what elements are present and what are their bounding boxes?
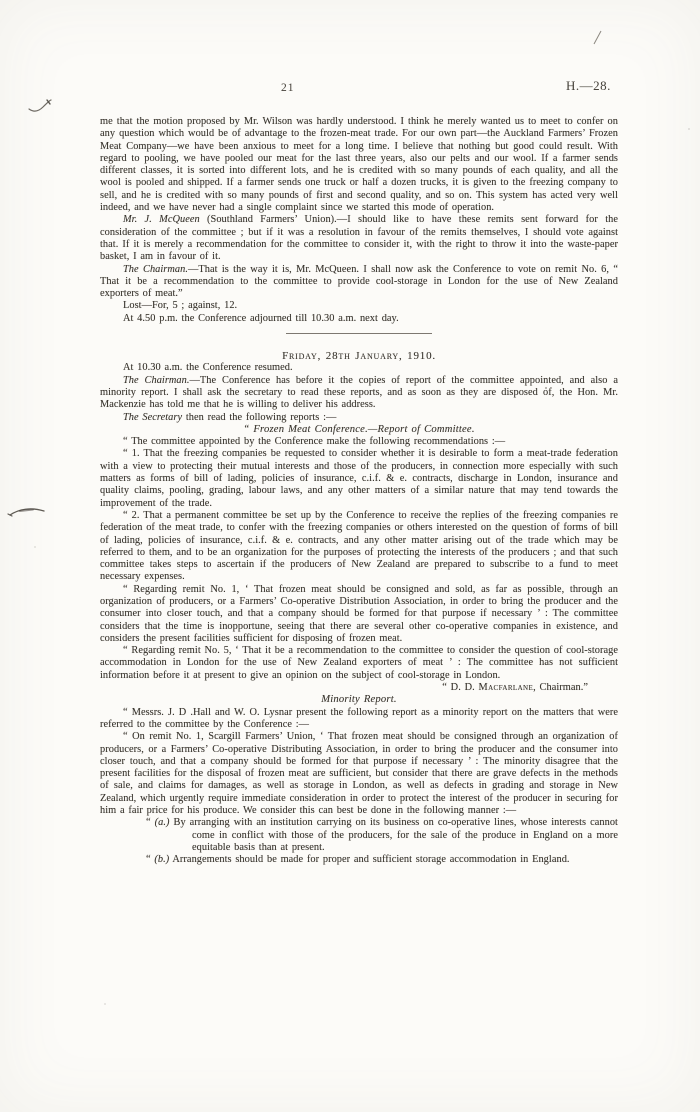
paragraph-text: At 10.30 a.m. the Conference resumed. xyxy=(123,362,293,373)
list-item-a: “ (a.) By arranging with an institution … xyxy=(100,817,618,854)
paragraph-text: me that the motion proposed by Mr. Wilso… xyxy=(100,116,618,213)
list-item-text: By arranging with an institution carryin… xyxy=(170,817,619,853)
paragraph: “ 1. That the freezing companies be requ… xyxy=(100,448,618,509)
paragraph: me that the motion proposed by Mr. Wilso… xyxy=(100,116,618,214)
slash-mark-icon xyxy=(591,30,603,46)
paragraph: At 10.30 a.m. the Conference resumed. xyxy=(100,362,618,374)
list-item-text: Arrangements should be made for proper a… xyxy=(169,854,569,865)
paper-speck xyxy=(688,128,690,130)
paragraph-text: “ Messrs. J. D .Hall and W. O. Lysnar pr… xyxy=(100,707,618,730)
adjournment-line: At 4.50 p.m. the Conference adjourned ti… xyxy=(100,313,618,325)
paper-speck xyxy=(104,1003,106,1005)
document-reference: H.—28. xyxy=(566,78,611,94)
speaker-name: The Secretary xyxy=(123,412,182,423)
paragraph-text: “ On remit No. 1, Scargill Farmers’ Unio… xyxy=(100,731,618,816)
pencil-dash-icon xyxy=(6,503,46,519)
paragraph: “ The committee appointed by the Confere… xyxy=(100,436,618,448)
page-number: 21 xyxy=(281,82,295,94)
paragraph-text: “ 1. That the freezing companies be requ… xyxy=(100,448,618,508)
signature-pre: “ D. D. xyxy=(442,682,478,693)
signature-post: , Chairman.” xyxy=(533,682,588,693)
list-item-b: “ (b.) Arrangements should be made for p… xyxy=(100,854,618,866)
paper-speck xyxy=(34,546,36,548)
paragraph-text: Lost—For, 5 ; against, 12. xyxy=(123,300,237,311)
speaker-name: The Chairman. xyxy=(123,264,188,275)
report-heading: “ Frozen Meat Conference.—Report of Comm… xyxy=(100,424,618,436)
paragraph: The Chairman.—That is the way it is, Mr.… xyxy=(100,264,618,301)
paragraph: The Chairman.—The Conference has before … xyxy=(100,375,618,412)
paragraph-text: “ Regarding remit No. 5, ‘ That it be a … xyxy=(100,645,618,681)
paragraph-text: “ The committee appointed by the Confere… xyxy=(123,436,505,447)
paragraph: “ Messrs. J. D .Hall and W. O. Lysnar pr… xyxy=(100,707,618,732)
signature-line: “ D. D. Macfarlane, Chairman.” xyxy=(100,682,618,694)
paragraph: The Secretary then read the following re… xyxy=(100,412,618,424)
minority-report-heading: Minority Report. xyxy=(100,694,618,706)
text-column: me that the motion proposed by Mr. Wilso… xyxy=(100,116,618,867)
paragraph-text: At 4.50 p.m. the Conference adjourned ti… xyxy=(123,313,399,324)
paragraph: “ 2. That a permanent committee be set u… xyxy=(100,510,618,584)
paragraph: “ Regarding remit No. 1, ‘ That frozen m… xyxy=(100,584,618,645)
paragraph-text: “ Regarding remit No. 1, ‘ That frozen m… xyxy=(100,584,618,644)
vote-result-line: Lost—For, 5 ; against, 12. xyxy=(100,300,618,312)
pencil-mark-icon xyxy=(27,96,53,116)
quote-mark: “ xyxy=(146,817,155,828)
speaker-name: The Chairman. xyxy=(123,375,190,386)
scanned-page: 21 H.—28. me that the motion proposed by… xyxy=(0,0,700,1112)
paragraph: Mr. J. McQueen (Southland Farmers’ Union… xyxy=(100,214,618,263)
section-divider xyxy=(286,333,432,334)
paragraph-text: “ 2. That a permanent committee be set u… xyxy=(100,510,618,582)
paragraph-text: then read the following reports :— xyxy=(182,412,336,423)
paragraph: “ On remit No. 1, Scargill Farmers’ Unio… xyxy=(100,731,618,817)
list-marker: (b.) xyxy=(154,854,169,865)
speaker-name: Mr. J. McQueen xyxy=(123,214,200,225)
paragraph: “ Regarding remit No. 5, ‘ That it be a … xyxy=(100,645,618,682)
signature-name: Macfarlane xyxy=(478,682,533,693)
day-heading: Friday, 28th January, 1910. xyxy=(100,350,618,362)
list-marker: (a.) xyxy=(155,817,170,828)
